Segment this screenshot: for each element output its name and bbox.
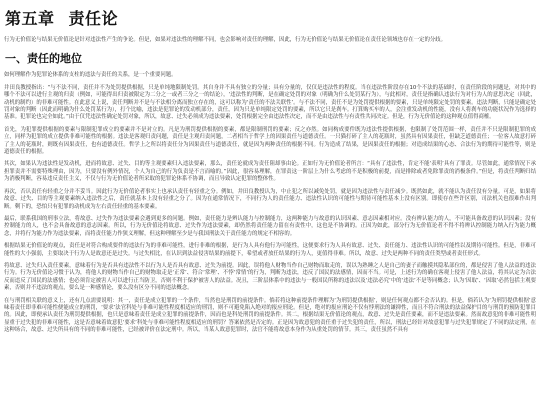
- chapter-number: 第五章: [5, 9, 55, 28]
- paragraph: 根据结果无价值论的观点，责任是对符合构成要件的违法行为的非难可能性，进行非难的根…: [4, 243, 536, 258]
- paragraph: 其次，如果认为违法性是发动机，进而将故意、过失、目的等主观要素归入违法要素，那么…: [4, 161, 536, 183]
- document-page: 第五章责任论 行为无价值论与结果无价值论是针对违法性产生的争论。但是，如果对违法…: [0, 0, 540, 335]
- paragraph: 最后，联系我国的刑事立法，将故意、过失作为违法要素会遇到更多的问题。例如，责任能…: [4, 216, 536, 238]
- chapter-intro: 行为无价值论与结果无价值论是针对违法性产生的争论。但是，如果对违法性的理解不同，…: [4, 37, 536, 44]
- paragraph: 在与刑罚相关联的意义上，还有几点需要说明：其一，责任是成立犯罪的一个条件，当然也…: [4, 298, 536, 335]
- paragraph: 将故意、过失归入责任要素，意味着行为是否具有违法性不以行为人是否具有故意、过失为…: [4, 263, 536, 293]
- paragraph: 首先，为犯罪提供根据的要素与限制犯罪成立的要素并不是对立的。凡是为刑罚提供根据的…: [4, 127, 536, 157]
- chapter-name: 责任论: [69, 9, 119, 28]
- section-lead: 如何理解作为犯罪论体系的支柱的违法与责任的关系，是一个重要问题。: [4, 72, 536, 79]
- paragraph: 井田良教授指出：“与不法不同，责任并不为处罚提供根据，只是单纯地限制处罚。其自身…: [4, 85, 536, 122]
- section-heading: 一、责任的地位: [5, 50, 536, 66]
- chapter-title: 第五章责任论: [5, 6, 536, 29]
- paragraph: 再次，否认责任有轻重之分并不妥当。因此行为无价值论者事实上也承认责任有轻重之分。…: [4, 189, 536, 211]
